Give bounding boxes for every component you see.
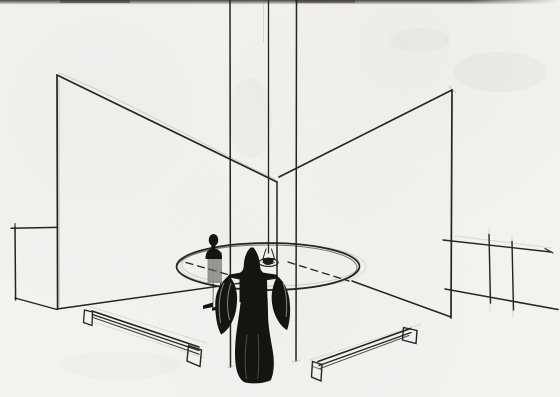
pole-right — [296, 0, 297, 361]
left-wall-frame — [11, 224, 57, 310]
right-wall-railing — [443, 228, 558, 317]
table-dashed-chord-right — [288, 262, 349, 281]
cloak-left-sleeve — [215, 276, 237, 335]
bench-right — [310, 324, 421, 381]
sketch-canvas — [0, 0, 560, 397]
cloak-robe — [235, 298, 274, 383]
right-wall-panel — [279, 86, 456, 318]
paper-smudges — [60, 28, 546, 379]
cloak-right-sleeve — [272, 276, 290, 330]
scan-edge-top — [0, 0, 560, 6]
sketch-page — [0, 0, 560, 397]
cloaked-figure — [215, 248, 290, 384]
